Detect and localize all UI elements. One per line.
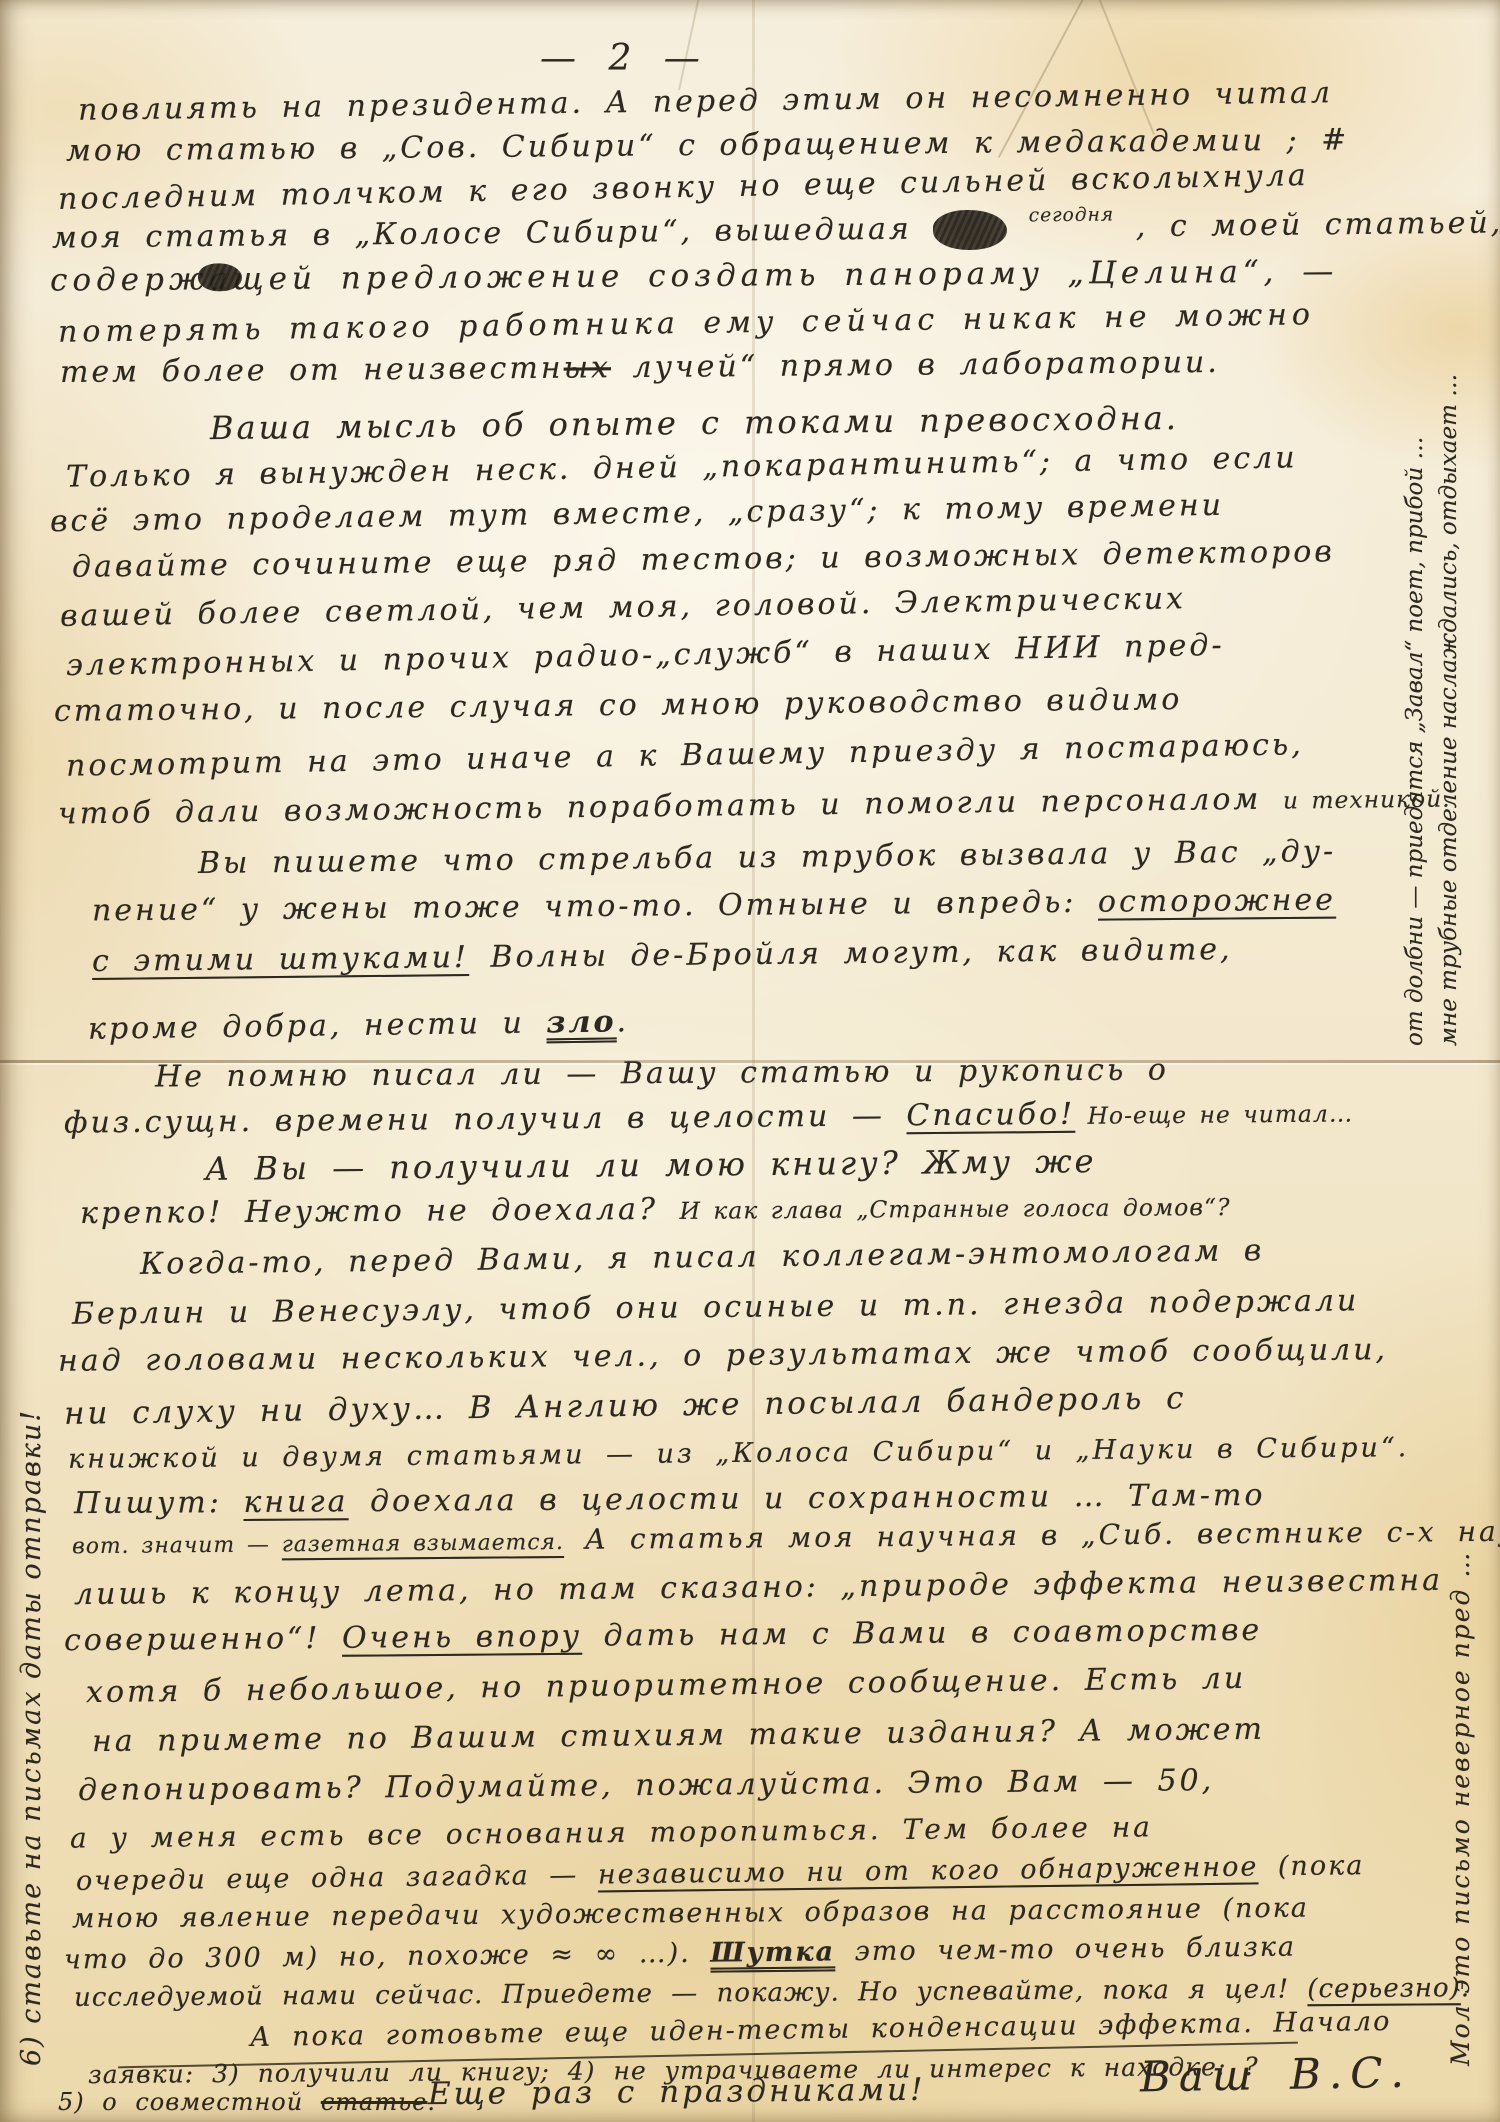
- letter-line-38: очереди еще одна загадка — независимо ни…: [76, 1850, 1365, 1897]
- letter-line-13: электронных и прочих радио-„служб“ в наш…: [66, 628, 1225, 683]
- letter-line-20: кроме добра, нести и зло.: [88, 1004, 629, 1047]
- line-text: исследуемой нами сейчас. Приедете — пока…: [74, 1974, 1308, 2013]
- superscript-insertion: сегодня: [1029, 204, 1115, 226]
- margin-note-line: от долбни — приедятся „Завал“ поет, приб…: [1398, 374, 1432, 1046]
- letter-line-12: вашей более светлой, чем моя, головой. Э…: [60, 581, 1186, 634]
- letter-line-21: Не помню писал ли — Вашу статью и рукопи…: [155, 1052, 1169, 1094]
- line-text: дать нам с Вами в соавторстве: [582, 1613, 1262, 1654]
- line-text: содержащей предложение создать панораму …: [50, 254, 1339, 299]
- page-number: — 2 —: [540, 38, 706, 79]
- margin-note-right-top: от долбни — приедятся „Завал“ поет, приб…: [1398, 374, 1466, 1046]
- line-text: крепко! Неужто не доехала?: [80, 1192, 680, 1231]
- letter-page: — 2 — повлиять на президента. А перед эт…: [0, 0, 1500, 2122]
- letter-line-14: статочно, и после случая со мною руковод…: [54, 682, 1183, 729]
- underlined-word: с этими штуками!: [92, 940, 469, 979]
- letter-line-17: Вы пишете что стрельба из трубок вызвала…: [198, 834, 1336, 881]
- letter-line-10: всё это проделаем тут вместе, „сразу“; к…: [50, 488, 1224, 539]
- line-text: тем более от неизвестн: [60, 351, 564, 390]
- letter-line-26: Берлин и Венесуэлу, чтоб они осиные и т.…: [72, 1283, 1360, 1331]
- line-text: кроме добра, нести и: [88, 1005, 547, 1046]
- line-text: доехала в целости и сохранности … Там-то: [348, 1478, 1265, 1519]
- strikethrough-word: ых: [563, 350, 611, 385]
- double-underlined-word: зло: [546, 1004, 617, 1040]
- line-text-small: вот. значит —: [72, 1532, 282, 1559]
- line-text: очереди еще одна загадка —: [76, 1859, 598, 1896]
- margin-note-line: мне трубные отделение наслаждались, отды…: [1432, 374, 1466, 1046]
- line-text: лучей“ прямо в лаборатории.: [611, 345, 1220, 385]
- underlined-word: книга: [243, 1484, 348, 1520]
- inserted-word: газетная взымается.: [282, 1530, 564, 1557]
- letter-line-9: Только я вынужден неск. дней „покарантин…: [66, 440, 1298, 494]
- closing: Еще раз с праздниками!: [428, 2072, 926, 2112]
- double-underlined-word: Шутка: [710, 1936, 835, 1968]
- letter-line-8: Ваша мысль об опыте с токами превосходна…: [210, 399, 1179, 447]
- letter-line-1: повлиять на президента. А перед этим он …: [78, 75, 1333, 128]
- ink-blot: [933, 210, 1007, 251]
- line-text: это чем-то очень близка: [835, 1932, 1296, 1968]
- line-text-small: И как глава „Странные голоса домов“?: [679, 1193, 1230, 1225]
- letter-line-5: содержащей предложение создать панораму …: [50, 254, 1339, 299]
- margin-note-left: 6) ставьте на письмах даты отправки!: [16, 1409, 47, 2066]
- strikethrough-word: статье: [321, 2088, 428, 2116]
- letter-line-7: тем более от неизвестных лучей“ прямо в …: [60, 345, 1220, 390]
- line-text: совершенно“!: [64, 1621, 342, 1658]
- letter-line-28: ни слуху ни духу… В Англию же посылал ба…: [64, 1380, 1187, 1432]
- underlined-word: (серьезно): [1307, 1973, 1461, 2004]
- letter-line-44: 5) о совместной статье.: [58, 2088, 436, 2116]
- corner-crease: [1097, 0, 1155, 135]
- letter-line-39: мною явление передачи художественных обр…: [72, 1893, 1309, 1935]
- line-text: .: [616, 1004, 629, 1039]
- letter-line-22: физ.сущн. времени получил в целости — Сп…: [64, 1094, 1353, 1140]
- letter-line-30: Пишут: книга доехала в целости и сохранн…: [74, 1478, 1266, 1521]
- letter-line-32: лишь к концу лета, но там сказано: „прир…: [74, 1563, 1443, 1612]
- underlined-word: Очень впору: [342, 1619, 582, 1656]
- line-text: пение“ у жены тоже что-то. Отныне и впре…: [92, 885, 1098, 929]
- letter-line-34: хотя б небольшое, но приоритетное сообще…: [86, 1661, 1247, 1710]
- line-text: Волны де-Бройля могут, как видите,: [469, 932, 1233, 975]
- letter-line-23: А Вы — получили ли мою книгу? Жму же: [205, 1142, 1097, 1188]
- line-text: физ.сущн. времени получил в целости —: [64, 1098, 907, 1140]
- line-text: что до 300 м) но, похоже ≈ ∞ …).: [64, 1938, 711, 1976]
- letter-line-24: крепко! Неужто не доехала? И как глава „…: [80, 1188, 1231, 1231]
- underlined-word: независимо ни от кого обнаруженное: [598, 1851, 1259, 1890]
- letter-line-19: с этими штуками! Волны де-Бройля могут, …: [92, 932, 1233, 979]
- letter-line-40: что до 300 м) но, похоже ≈ ∞ …). Шутка э…: [64, 1932, 1296, 1976]
- letter-line-35: на примете по Вашим стихиям такие издани…: [92, 1712, 1265, 1759]
- letter-line-15: посмотрит на это иначе а к Вашему приезд…: [66, 727, 1304, 784]
- letter-line-36: депонировать? Подумайте, пожалуйста. Это…: [78, 1763, 1214, 1808]
- letter-line-11: давайте сочините еще ряд тестов; и возмо…: [72, 534, 1335, 584]
- line-text: (пока: [1258, 1850, 1364, 1882]
- letter-line-27: над головами нескольких чел., о результа…: [58, 1332, 1388, 1379]
- letter-line-31: вот. значит — газетная взымается. А стат…: [72, 1513, 1500, 1560]
- line-text: 5) о совместной: [58, 2088, 321, 2116]
- letter-line-16: чтоб дали возможность поработать и помог…: [58, 779, 1451, 831]
- line-text: А статья моя научная в „Сиб. вестнике с-…: [564, 1513, 1500, 1556]
- letter-line-42: А пока готовьте еще иден-тесты конденсац…: [250, 2006, 1392, 2053]
- line-text: моя статья в „Колосе Сибири“, вышедшая: [52, 212, 912, 256]
- ink-blot: [198, 263, 242, 291]
- line-text: , с моей статьей,: [1136, 205, 1500, 244]
- underlined-word: Спасибо!: [906, 1097, 1075, 1133]
- letter-line-37: а у меня есть все основания торопиться. …: [70, 1810, 1153, 1854]
- line-text: Пишут:: [74, 1485, 244, 1521]
- line-text: чтоб дали возможность поработать и помог…: [58, 782, 1262, 832]
- letter-line-29: книжкой и двумя статьями — из „Колоса Си…: [68, 1432, 1410, 1475]
- letter-line-33: совершенно“! Очень впору дать нам с Вами…: [64, 1613, 1263, 1658]
- underlined-word: осторожнее: [1098, 883, 1336, 920]
- letter-line-6: потерять такого работника ему сейчас ник…: [58, 297, 1315, 350]
- margin-note-right-bottom: Мол это письмо неверное пред …: [1446, 1551, 1475, 2066]
- signature: Ваш В.С.: [1140, 2048, 1413, 2102]
- letter-line-18: пение“ у жены тоже что-то. Отныне и впре…: [92, 883, 1336, 929]
- letter-line-25: Когда-то, перед Вами, я писал коллегам-э…: [140, 1233, 1265, 1282]
- line-text-small: Но-еще не читал…: [1075, 1099, 1353, 1129]
